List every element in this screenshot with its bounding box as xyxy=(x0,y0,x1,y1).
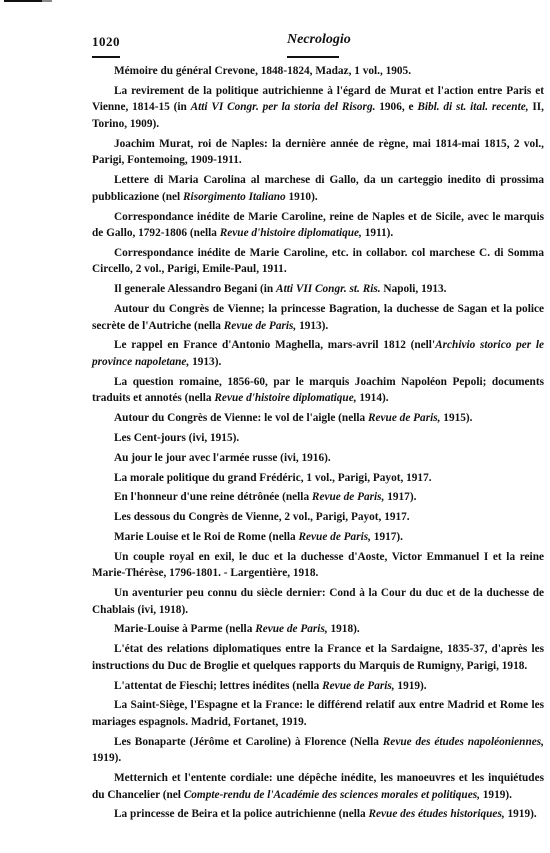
bibliography-entry: La morale politique du grand Frédéric, 1… xyxy=(92,470,544,487)
entry-text: Marie-Louise à Parme (nella xyxy=(114,623,255,635)
entry-text: Lettere di Maria Carolina al marchese di… xyxy=(92,174,544,203)
entry-text: 1913). xyxy=(296,320,328,332)
bibliography-entry: Un aventurier peu connu du siècle dernie… xyxy=(92,585,544,618)
bibliography-entry: Correspondance inédite de Marie Caroline… xyxy=(92,209,544,242)
running-title-rule xyxy=(287,56,339,58)
page-number-rule xyxy=(92,56,120,58)
bibliography-entry: Autour du Congrès de Vienne; la princess… xyxy=(92,301,544,334)
bibliography-entry: Marie Louise et le Roi de Rome (nella Re… xyxy=(92,529,544,546)
publication-title: Revue des études historiques, xyxy=(368,808,504,820)
publication-title: Revue de Paris, xyxy=(224,320,296,332)
bibliography-entry: Lettere di Maria Carolina al marchese di… xyxy=(92,172,544,205)
publication-title: Revue de Paris, xyxy=(255,623,327,635)
bibliography-entry: Correspondance inédite de Marie Caroline… xyxy=(92,245,544,278)
entry-text: 1914). xyxy=(357,392,389,404)
bibliography-entry: Les Bonaparte (Jérôme et Caroline) à Flo… xyxy=(92,734,544,767)
entry-text: Autour du Congrès de Vienne: le vol de l… xyxy=(114,412,368,424)
bibliography-entry: Mémoire du général Crevone, 1848-1824, M… xyxy=(92,63,544,80)
bibliography-entry: Joachim Murat, roi de Naples: la dernièr… xyxy=(92,136,544,169)
entry-text: Marie Louise et le Roi de Rome (nella xyxy=(114,531,298,543)
entry-text: Joachim Murat, roi de Naples: la dernièr… xyxy=(92,138,544,167)
entry-text: Les Bonaparte (Jérôme et Caroline) à Flo… xyxy=(114,736,383,748)
entry-text: 1919). xyxy=(395,680,427,692)
scan-edge-mark xyxy=(4,0,42,2)
entry-text: L'attentat de Fieschi; lettres inédites … xyxy=(114,680,322,692)
entry-text: 1917). xyxy=(384,491,416,503)
publication-title: Revue de Paris, xyxy=(298,531,370,543)
scan-edge-mark-gray xyxy=(42,0,52,2)
bibliography-entry: Au jour le jour avec l'armée russe (ivi,… xyxy=(92,450,544,467)
bibliography-list: Mémoire du général Crevone, 1848-1824, M… xyxy=(92,63,544,826)
entry-text: 1919). xyxy=(92,752,121,764)
entry-text: Napoli, 1913. xyxy=(381,283,447,295)
publication-title: Compte-rendu de l'Académie des sciences … xyxy=(184,789,480,801)
entry-text: 1911). xyxy=(362,227,393,239)
entry-text: Le rappel en France d'Antonio Maghella, … xyxy=(114,339,435,351)
bibliography-entry: Les dessous du Congrès de Vienne, 2 vol.… xyxy=(92,509,544,526)
entry-text: L'état des relations diplomatiques entre… xyxy=(92,643,544,672)
entry-text: Il generale Alessandro Begani (in xyxy=(114,283,276,295)
entry-text: La morale politique du grand Frédéric, 1… xyxy=(114,472,432,484)
entry-text: 1917). xyxy=(371,531,403,543)
entry-text: Mémoire du général Crevone, 1848-1824, M… xyxy=(114,65,411,77)
entry-text: 1915). xyxy=(440,412,472,424)
bibliography-entry: L'état des relations diplomatiques entre… xyxy=(92,641,544,674)
running-title: Necrologio xyxy=(287,32,351,48)
entry-text: 1919). xyxy=(480,789,512,801)
publication-title: Revue de Paris, xyxy=(368,412,440,424)
bibliography-entry: La revirement de la politique autrichien… xyxy=(92,83,544,133)
entry-text: En l'honneur d'une reine détrônée (nella xyxy=(114,491,312,503)
bibliography-entry: Il generale Alessandro Begani (in Atti V… xyxy=(92,281,544,298)
bibliography-entry: Metternich et l'entente cordiale: une dé… xyxy=(92,770,544,803)
entry-text: La princesse de Beira et la police autri… xyxy=(114,808,368,820)
bibliography-entry: Un couple royal en exil, le duc et la du… xyxy=(92,549,544,582)
publication-title: Atti VI Congr. per la storia del Risorg. xyxy=(191,101,376,113)
entry-text: 1906, e xyxy=(375,101,417,113)
page-header: 1020 Necrologio xyxy=(92,34,542,58)
bibliography-entry: Autour du Congrès de Vienne: le vol de l… xyxy=(92,410,544,427)
entry-text: 1913). xyxy=(189,356,221,368)
entry-text: 1910). xyxy=(286,191,318,203)
bibliography-entry: Le rappel en France d'Antonio Maghella, … xyxy=(92,337,544,370)
entry-text: La Saint-Siège, l'Espagne et la France: … xyxy=(92,699,544,728)
bibliography-entry: Marie-Louise à Parme (nella Revue de Par… xyxy=(92,621,544,638)
publication-title: Revue de Paris, xyxy=(322,680,394,692)
bibliography-entry: La princesse de Beira et la police autri… xyxy=(92,806,544,823)
publication-title: Revue d'histoire diplomatique, xyxy=(220,227,362,239)
publication-title: Revue des études napoléoniennes, xyxy=(383,736,544,748)
bibliography-entry: En l'honneur d'une reine détrônée (nella… xyxy=(92,489,544,506)
entry-text: Un couple royal en exil, le duc et la du… xyxy=(92,551,544,580)
bibliography-entry: La Saint-Siège, l'Espagne et la France: … xyxy=(92,697,544,730)
bibliography-entry: Les Cent-jours (ivi, 1915). xyxy=(92,430,544,447)
entry-text: Un aventurier peu connu du siècle dernie… xyxy=(92,587,544,616)
bibliography-entry: La question romaine, 1856-60, par le mar… xyxy=(92,374,544,407)
entry-text: Les Cent-jours (ivi, 1915). xyxy=(114,432,239,444)
publication-title: Bibl. di st. ital. recente, xyxy=(417,101,528,113)
entry-text: 1918). xyxy=(328,623,360,635)
bibliography-entry: L'attentat de Fieschi; lettres inédites … xyxy=(92,678,544,695)
entry-text: 1919). xyxy=(505,808,537,820)
entry-text: Correspondance inédite de Marie Caroline… xyxy=(92,247,544,276)
publication-title: Atti VII Congr. st. Ris. xyxy=(276,283,381,295)
publication-title: Risorgimento Italiano xyxy=(183,191,286,203)
entry-text: Au jour le jour avec l'armée russe (ivi,… xyxy=(114,452,331,464)
entry-text: Les dessous du Congrès de Vienne, 2 vol.… xyxy=(114,511,410,523)
page-number: 1020 xyxy=(92,34,120,50)
publication-title: Revue d'histoire diplomatique, xyxy=(214,392,356,404)
publication-title: Revue de Paris, xyxy=(312,491,384,503)
